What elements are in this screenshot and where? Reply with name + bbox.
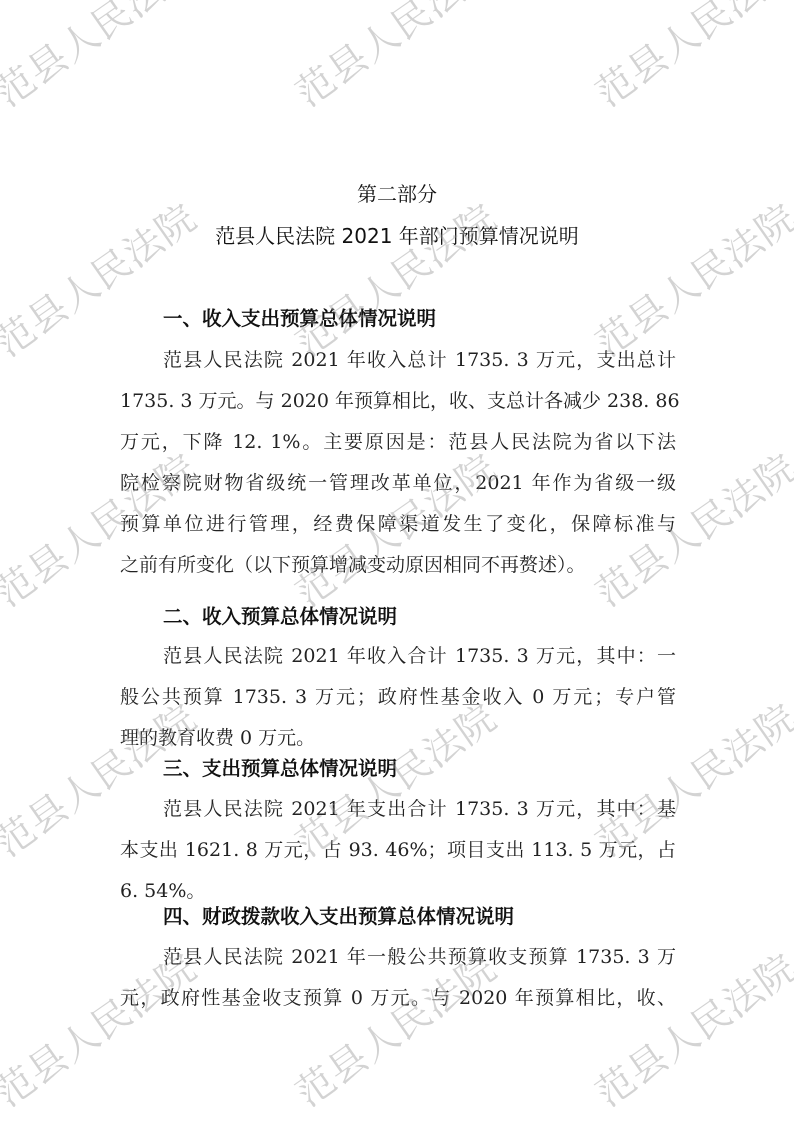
paragraph-line: 之前有所变化（以下预算增减变动原因相同不再赘述）。 — [120, 551, 676, 579]
paragraph-line: 本支出 1621. 8 万元，占 93. 46%；项目支出 113. 5 万元，… — [120, 836, 676, 864]
paragraph-line: 元，政府性基金收支预算 0 万元。与 2020 年预算相比，收、 — [120, 984, 676, 1012]
paragraph-line: 1735. 3 万元。与 2020 年预算相比，收、支总计各减少 238. 86 — [120, 387, 676, 415]
paragraph-line: 范县人民法院 2021 年支出合计 1735. 3 万元，其中：基 — [163, 795, 676, 823]
watermark: 范县人民法院 — [282, 188, 505, 367]
paragraph-line: 范县人民法院 2021 年收入合计 1735. 3 万元，其中：一 — [163, 642, 676, 670]
watermark: 范县人民法院 — [0, 0, 206, 117]
paragraph-line: 理的教育收费 0 万元。 — [120, 724, 676, 752]
paragraph-line: 范县人民法院 2021 年一般公共预算收支预算 1735. 3 万 — [163, 943, 676, 971]
section-heading-2: 二、收入预算总体情况说明 — [163, 603, 397, 631]
paragraph-line: 预算单位进行管理，经费保障渠道发生了变化，保障标准与 — [120, 510, 676, 538]
watermark: 范县人民法院 — [0, 188, 206, 367]
paragraph-line: 6. 54%。 — [120, 877, 676, 905]
document-title: 范县人民法院 2021 年部门预算情况说明 — [0, 222, 794, 250]
document-page: 第二部分 范县人民法院 2021 年部门预算情况说明 一、收入支出预算总体情况说… — [0, 0, 794, 1123]
watermark: 范县人民法院 — [282, 0, 505, 117]
part-label: 第二部分 — [0, 180, 794, 208]
paragraph-line: 般公共预算 1735. 3 万元；政府性基金收入 0 万元；专户管 — [120, 683, 676, 711]
section-heading-1: 一、收入支出预算总体情况说明 — [163, 305, 436, 333]
watermark: 范县人民法院 — [582, 0, 794, 117]
paragraph-line: 万元，下降 12. 1%。主要原因是：范县人民法院为省以下法 — [120, 428, 676, 456]
watermark: 范县人民法院 — [582, 188, 794, 367]
section-heading-4: 四、财政拨款收入支出预算总体情况说明 — [163, 903, 514, 931]
paragraph-line: 院检察院财物省级统一管理改革单位，2021 年作为省级一级 — [120, 469, 676, 497]
section-heading-3: 三、支出预算总体情况说明 — [163, 755, 397, 783]
paragraph-line: 范县人民法院 2021 年收入总计 1735. 3 万元，支出总计 — [163, 346, 676, 374]
